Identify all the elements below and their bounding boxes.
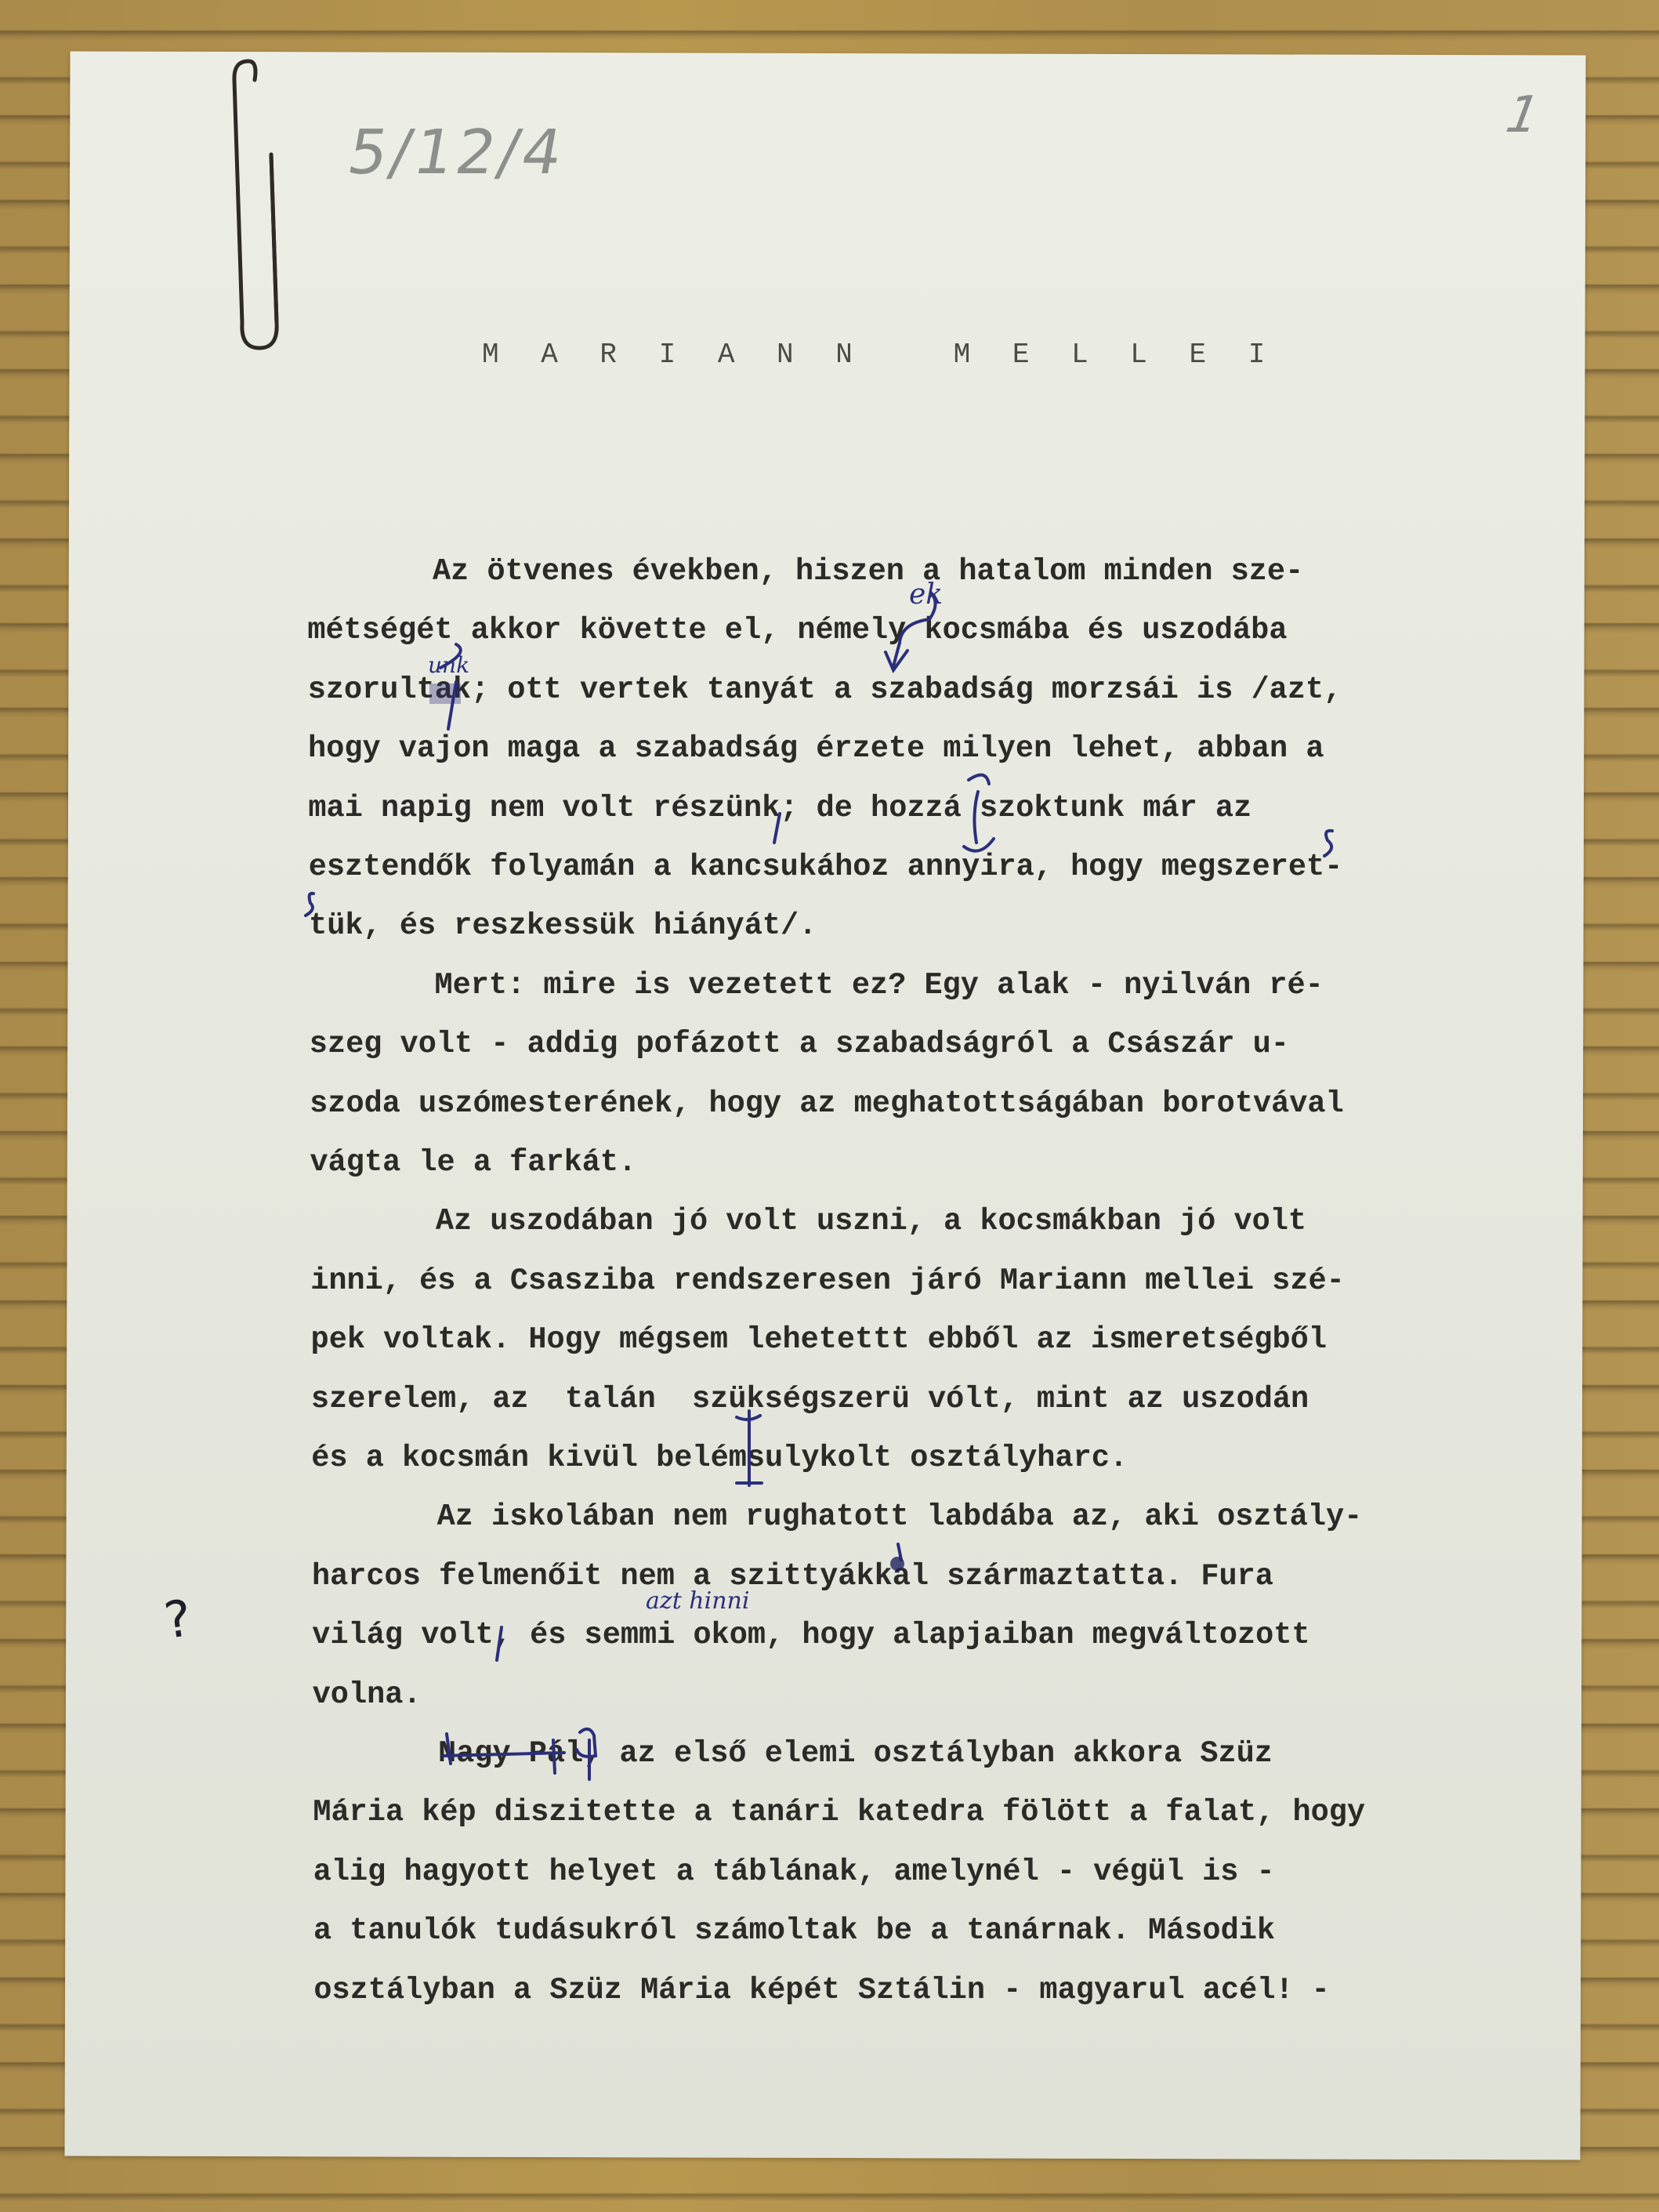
text-line: vágta le a farkát. <box>310 1148 637 1178</box>
text-line: szerelem, az talán szükségszerü vólt, mi… <box>311 1384 1309 1415</box>
text-line: osztályban a Szüz Mária képét Sztálin - … <box>313 1975 1329 2006</box>
text-line: szorultak; ott vertek tanyát a szabadság… <box>308 675 1342 705</box>
text-line: alig hagyott helyet a táblának, amelynél… <box>313 1857 1275 1887</box>
text-line: tük, és reszkessük hiányát/. <box>309 911 817 941</box>
text-line: Mária kép diszitette a tanári katedra fö… <box>313 1797 1365 1828</box>
text-line: szoda uszómesterének, hogy az meghatotts… <box>310 1089 1344 1119</box>
text-line: világ volt, és semmi okom, hogy alapjaib… <box>312 1620 1309 1651</box>
text-line: pek voltak. Hogy mégsem lehetettt ebből … <box>311 1325 1327 1355</box>
paperclip-icon <box>230 56 308 354</box>
text-line: a tanulók tudásukról számoltak be a taná… <box>313 1916 1275 1946</box>
text-line: inni, és a Csasziba rendszeresen járó Ma… <box>310 1266 1345 1296</box>
text-line: métségét akkor követte el, némely kocsmá… <box>307 615 1287 646</box>
text-line: mai napig nem volt részünk; de hozzá szo… <box>308 793 1251 824</box>
archive-number: 5/12/4 <box>342 118 571 188</box>
page-title: M A R I A N N M E L L E I <box>482 339 1277 371</box>
text-line: harcos felmenőit nem a szittyákkal szárm… <box>312 1561 1273 1592</box>
text-line: Az ötvenes években, hiszen a hatalom min… <box>433 557 1303 587</box>
text-line: szeg volt - addig pofázott a szabadságró… <box>310 1029 1289 1060</box>
text-line: Nagy Pál, az első elemi osztályban akkor… <box>438 1739 1273 1769</box>
text-line: és a kocsmán kivül belémsulykolt osztály… <box>311 1443 1128 1474</box>
text-line: Mert: mire is vezetett ez? Egy alak - ny… <box>434 970 1323 1001</box>
text-line: hogy vajon maga a szabadság érzete milye… <box>308 734 1324 764</box>
text-line: esztendők folyamán a kancsukához annyira… <box>309 852 1343 883</box>
text-line: Az iskolában nem rughatott labdába az, a… <box>437 1502 1363 1532</box>
text-line: volna. <box>313 1680 422 1710</box>
text-line: Az uszodában jó volt uszni, a kocsmákban… <box>436 1206 1306 1237</box>
